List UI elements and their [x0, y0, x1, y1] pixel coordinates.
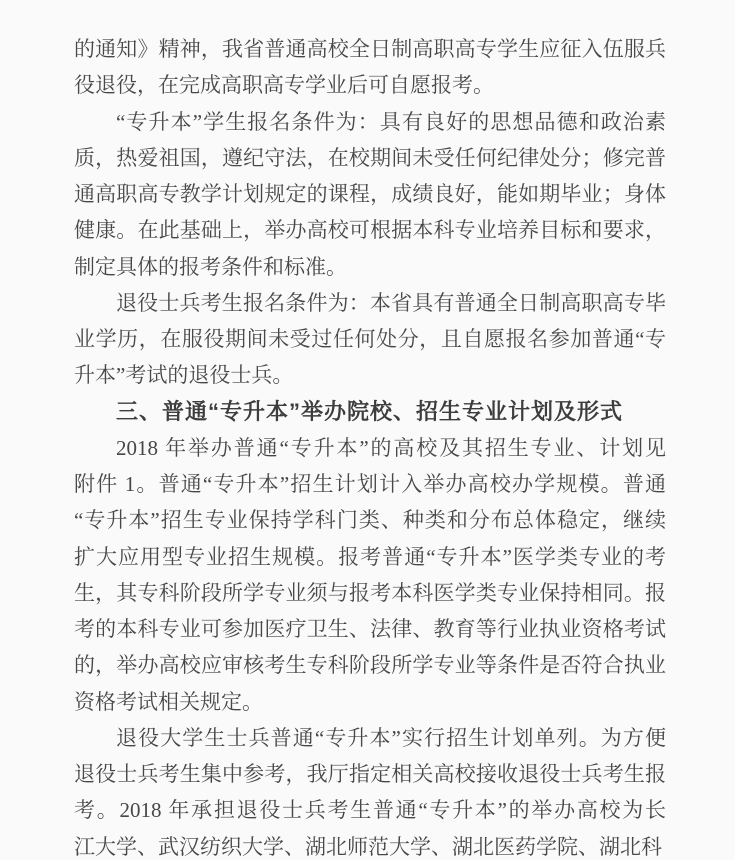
paragraph: 退役大学生士兵普通“专升本”实行招生计划单列。为方便退役士兵考生集中参考，我厅指…: [74, 720, 666, 860]
text-line: 役退役，在完成高职高专学业后可自愿报考。: [74, 67, 666, 103]
document-page: 的通知》精神，我省普通高校全日制高职高专学生应征入伍服兵役退役，在完成高职高专学…: [0, 0, 735, 860]
text-line: 生，其专科阶段所学专业须与报考本科医学类专业保持相同。报: [74, 575, 666, 611]
text-line: 江大学、武汉纺织大学、湖北师范大学、湖北医药学院、湖北科: [74, 829, 666, 860]
text-line: 考的本科专业可参加医疗卫生、法律、教育等行业执业资格考试: [74, 611, 666, 647]
text-line: 扩大应用型专业招生规模。报考普通“专升本”医学类专业的考: [74, 539, 666, 575]
text-line: 的，举办高校应审核考生专科阶段所学专业等条件是否符合执业: [74, 647, 666, 683]
text-line: 资格考试相关规定。: [74, 684, 666, 720]
paragraph: 2018 年举办普通“专升本”的高校及其招生专业、计划见附件 1。普通“专升本”…: [74, 430, 666, 720]
text-line: 的通知》精神，我省普通高校全日制高职高专学生应征入伍服兵: [74, 31, 666, 67]
text-line: 附件 1。普通“专升本”招生计划计入举办高校办学规模。普通: [74, 466, 666, 502]
text-line: “专升本”学生报名条件为：具有良好的思想品德和政治素: [74, 104, 666, 140]
text-line: 升本”考试的退役士兵。: [74, 357, 666, 393]
text-line: “专升本”招生专业保持学科门类、种类和分布总体稳定，继续: [74, 502, 666, 538]
section-heading: 三、普通“专升本”举办院校、招生专业计划及形式: [74, 394, 666, 430]
document-text-block: 的通知》精神，我省普通高校全日制高职高专学生应征入伍服兵役退役，在完成高职高专学…: [74, 31, 666, 860]
text-line: 退役士兵考生集中参考，我厅指定相关高校接收退役士兵考生报: [74, 756, 666, 792]
text-line: 考。2018 年承担退役士兵考生普通“专升本”的举办高校为长: [74, 792, 666, 828]
text-line: 2018 年举办普通“专升本”的高校及其招生专业、计划见: [74, 430, 666, 466]
text-line: 质，热爱祖国，遵纪守法，在校期间未受任何纪律处分；修完普: [74, 140, 666, 176]
text-line: 制定具体的报考条件和标准。: [74, 249, 666, 285]
paragraph: 的通知》精神，我省普通高校全日制高职高专学生应征入伍服兵役退役，在完成高职高专学…: [74, 31, 666, 104]
text-line: 退役大学生士兵普通“专升本”实行招生计划单列。为方便: [74, 720, 666, 756]
text-line: 健康。在此基础上，举办高校可根据本科专业培养目标和要求，: [74, 212, 666, 248]
text-line: 业学历，在服役期间未受过任何处分，且自愿报名参加普通“专: [74, 321, 666, 357]
text-line: 退役士兵考生报名条件为：本省具有普通全日制高职高专毕: [74, 285, 666, 321]
heading-line: 三、普通“专升本”举办院校、招生专业计划及形式: [74, 394, 666, 430]
paragraph: 退役士兵考生报名条件为：本省具有普通全日制高职高专毕业学历，在服役期间未受过任何…: [74, 285, 666, 394]
text-line: 通高职高专教学计划规定的课程，成绩良好，能如期毕业；身体: [74, 176, 666, 212]
paragraph: “专升本”学生报名条件为：具有良好的思想品德和政治素质，热爱祖国，遵纪守法，在校…: [74, 104, 666, 285]
